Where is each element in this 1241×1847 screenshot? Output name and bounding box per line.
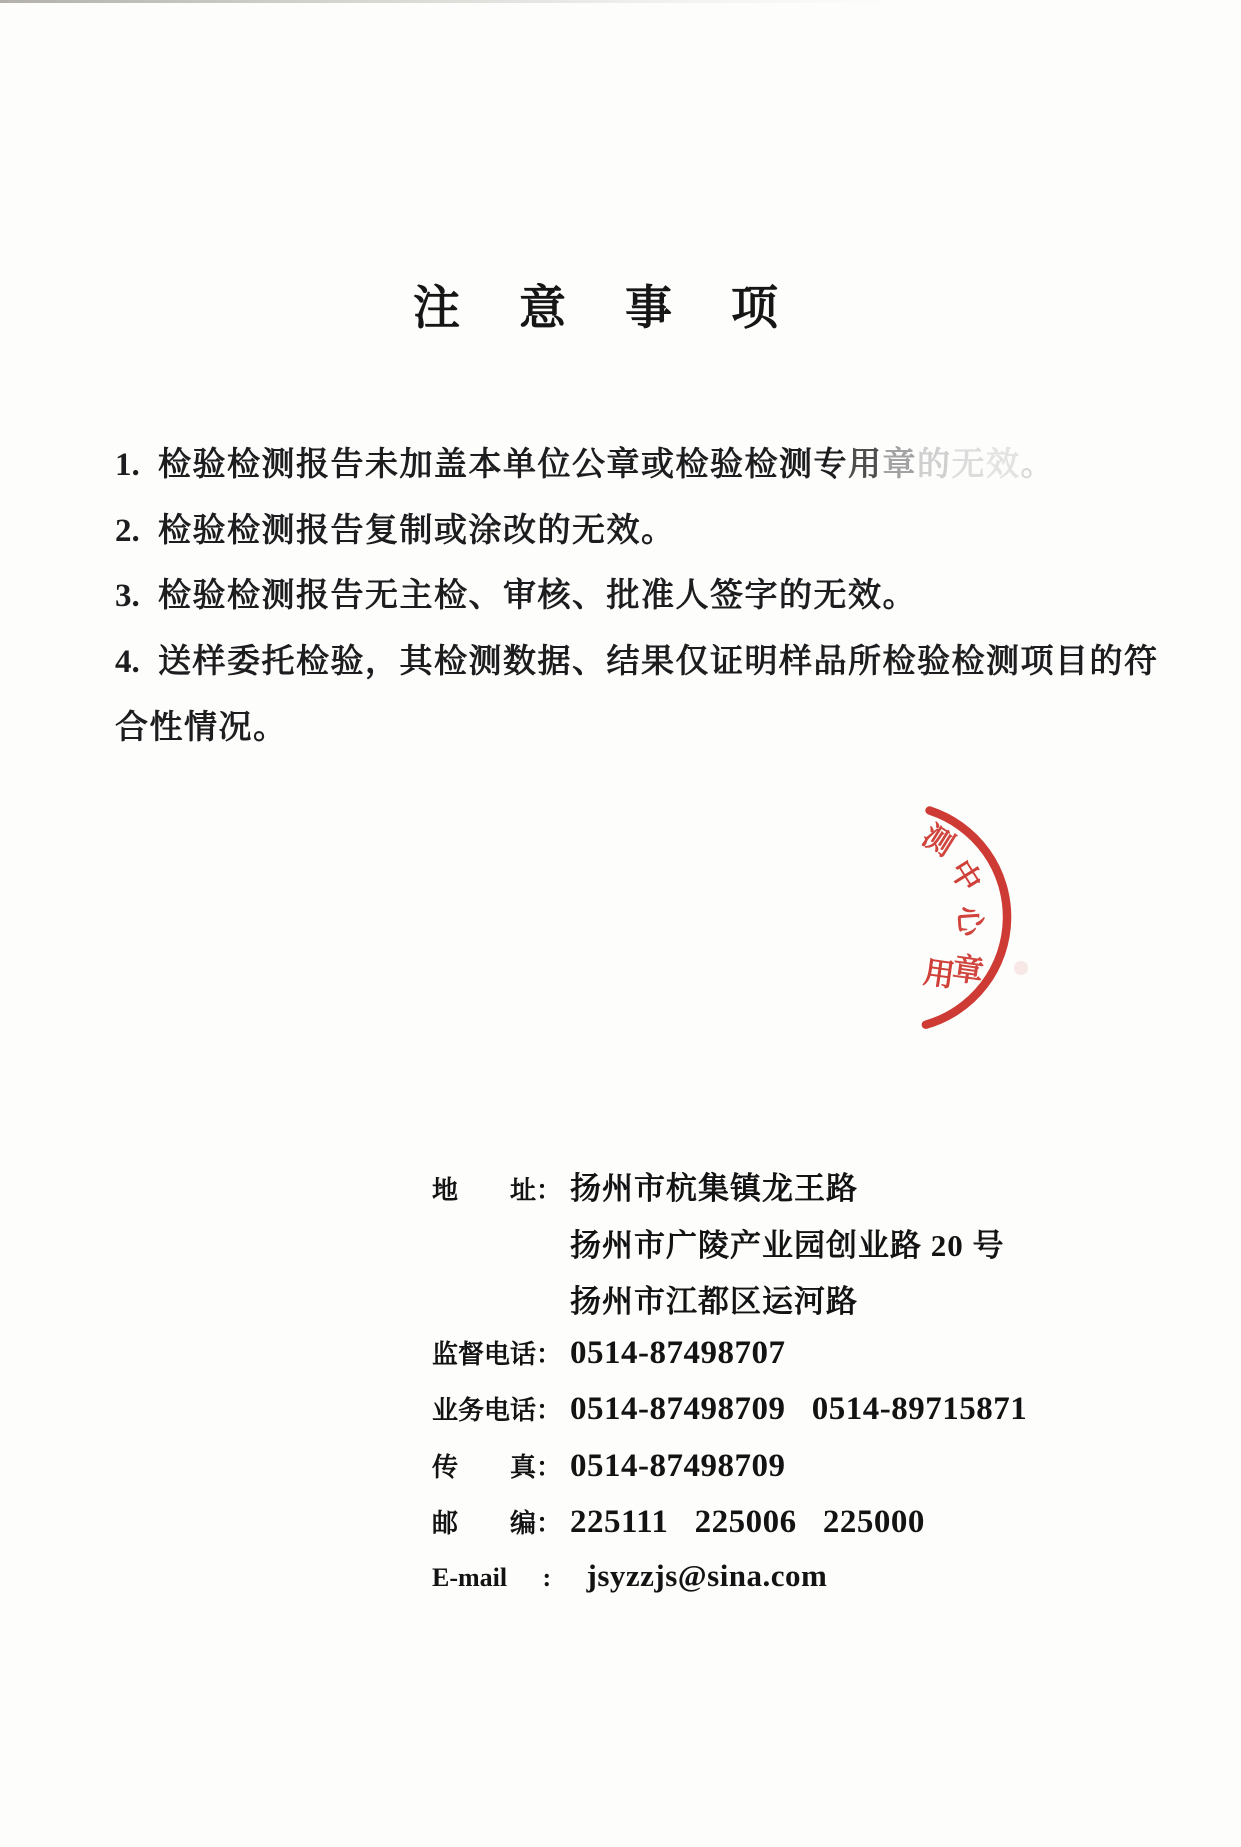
- faded-char: 用: [848, 447, 883, 483]
- item-text: 检验检测报告复制或涂改的无效。: [158, 512, 676, 550]
- contact-value: 扬州市江都区运河路: [570, 1276, 858, 1321]
- item-number: 2.: [115, 512, 158, 550]
- faded-char: 。: [1021, 447, 1056, 483]
- item-number: 3.: [115, 577, 158, 615]
- item-text: 检验检测报告未加盖本单位公章或检验检测专用章的无效。: [158, 446, 1055, 484]
- notice-item-1: 1. 检验检测报告未加盖本单位公章或检验检测专用章的无效。: [115, 446, 1055, 484]
- item-text: 检验检测报告无主检、审核、批准人签字的无效。: [158, 577, 917, 615]
- stamp-ink-smudge: [1014, 961, 1028, 975]
- faded-char: 效: [986, 447, 1021, 483]
- scanned-document-page: 注意事项 1. 检验检测报告未加盖本单位公章或检验检测专用章的无效。 2. 检验…: [0, 0, 1241, 1847]
- contact-colon: ：: [536, 1334, 570, 1371]
- contact-label: 传真: [432, 1447, 536, 1484]
- contact-row-fax: 传真 ： 0514-87498709: [432, 1447, 786, 1485]
- contact-value: 225111 225006 225000: [570, 1504, 925, 1541]
- stamp-ring-char: 心: [951, 905, 986, 938]
- contact-row-email: E-mail : jsyzzjs@sina.com: [432, 1558, 827, 1594]
- contact-row-postal-code: 邮编 ： 225111 225006 225000: [432, 1503, 925, 1541]
- notice-item-4: 4. 送样委托检验，其检测数据、结果仅证明样品所检验检测项目的符: [115, 643, 1159, 681]
- contact-colon: ：: [536, 1447, 570, 1484]
- contact-value: 0514-87498709: [570, 1448, 786, 1485]
- faded-char: 的: [917, 447, 952, 483]
- notice-item-4-continuation: 合性情况。: [115, 709, 288, 747]
- stamp-ring-char: 中: [943, 855, 987, 898]
- contact-value: 0514-87498709 0514-89715871: [570, 1391, 1027, 1428]
- contact-colon: :: [536, 1563, 570, 1593]
- contact-row-address-2: 扬州市广陵产业园创业路 20 号: [432, 1220, 1005, 1265]
- contact-colon: ：: [536, 1390, 570, 1427]
- item-number: 4.: [115, 643, 158, 681]
- contact-row-address: 地址 ： 扬州市杭集镇龙王路: [432, 1163, 858, 1208]
- contact-value: jsyzzjs@sina.com: [570, 1558, 827, 1594]
- contact-row-supervision-phone: 监督电话 ： 0514-87498707: [432, 1334, 786, 1372]
- contact-label: E-mail: [432, 1563, 536, 1593]
- contact-label: 监督电话: [432, 1334, 536, 1371]
- contact-colon: ：: [536, 1170, 570, 1207]
- item-text: 合性情况。: [115, 709, 288, 747]
- contact-row-business-phone: 业务电话 ： 0514-87498709 0514-89715871: [432, 1390, 1027, 1428]
- item-number: 1.: [115, 446, 158, 484]
- page-title: 注意事项: [413, 284, 837, 331]
- notice-item-3: 3. 检验检测报告无主检、审核、批准人签字的无效。: [115, 577, 917, 615]
- contact-colon: ：: [536, 1503, 570, 1540]
- faded-char: 章: [883, 447, 918, 483]
- item-text: 送样委托检验，其检测数据、结果仅证明样品所检验检测项目的符: [158, 643, 1159, 681]
- contact-value: 扬州市杭集镇龙王路: [570, 1163, 858, 1208]
- stamp-bottom-char: 章: [950, 951, 986, 990]
- contact-row-address-3: 扬州市江都区运河路: [432, 1276, 858, 1321]
- contact-label: 地址: [432, 1170, 536, 1207]
- notice-item-2: 2. 检验检测报告复制或涂改的无效。: [115, 512, 676, 550]
- contact-value: 扬州市广陵产业园创业路 20 号: [570, 1220, 1005, 1265]
- red-seal-stamp: 测 中 心 用 章: [858, 778, 1068, 1078]
- faded-char: 无: [952, 447, 987, 483]
- contact-value: 0514-87498707: [570, 1335, 786, 1372]
- contact-label: 业务电话: [432, 1390, 536, 1427]
- contact-label: 邮编: [432, 1503, 536, 1540]
- scan-edge-artifact: [0, 0, 894, 3]
